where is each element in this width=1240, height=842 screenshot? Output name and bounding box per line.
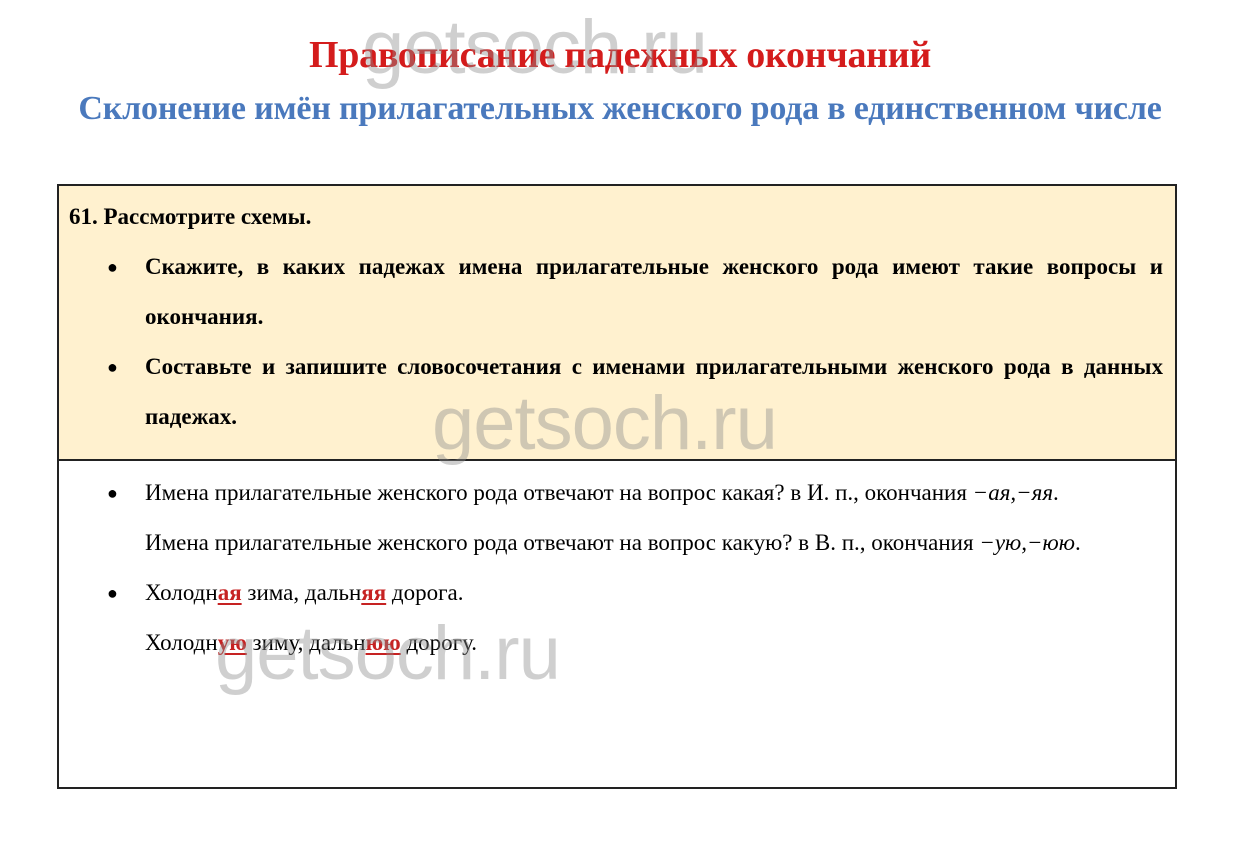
- highlighted-ending: яя: [361, 580, 386, 605]
- case-endings: −ая,−яя: [973, 480, 1053, 505]
- bullet-icon: ●: [107, 468, 118, 518]
- highlighted-ending: ая: [218, 580, 242, 605]
- bullet-icon: ●: [107, 242, 118, 292]
- page-title: Правописание падежных окончаний: [0, 30, 1240, 80]
- highlighted-ending: ую: [218, 630, 247, 655]
- task-heading: 61. Рассмотрите схемы.: [69, 200, 1163, 234]
- answer-text: Имена прилагательные женского рода отвеч…: [145, 480, 973, 505]
- phrase-text: дорогу.: [401, 630, 477, 655]
- answer-paragraph: Холодную зиму, дальнюю дорогу.: [69, 618, 1163, 668]
- answer-section: ● Имена прилагательные женского рода отв…: [59, 461, 1175, 787]
- answer-text: Имена прилагательные женского рода отвеч…: [145, 530, 979, 555]
- task-item: ● Составьте и запишите словосочетания с …: [69, 342, 1163, 442]
- answer-item: ● Холодная зима, дальняя дорога.: [69, 568, 1163, 618]
- answer-paragraph: Имена прилагательные женского рода отвеч…: [69, 518, 1163, 568]
- word-stem: Холодн: [145, 630, 218, 655]
- word-stem: Холодн: [145, 580, 218, 605]
- task-section: 61. Рассмотрите схемы. ● Скажите, в каки…: [59, 186, 1175, 461]
- answer-item: ● Имена прилагательные женского рода отв…: [69, 468, 1163, 518]
- phrase-text: зима, дальн: [242, 580, 362, 605]
- highlighted-ending: юю: [366, 630, 401, 655]
- phrase-text: зиму, дальн: [247, 630, 366, 655]
- exercise-table: 61. Рассмотрите схемы. ● Скажите, в каки…: [57, 184, 1177, 789]
- bullet-icon: ●: [107, 342, 118, 392]
- task-item-text: Составьте и запишите словосочетания с им…: [145, 354, 1163, 429]
- punctuation: .: [1053, 480, 1059, 505]
- task-item-text: Скажите, в каких падежах имена прилагате…: [145, 254, 1163, 329]
- case-endings: −ую,−юю: [979, 530, 1075, 555]
- task-list: ● Скажите, в каких падежах имена прилага…: [69, 242, 1163, 442]
- bullet-icon: ●: [107, 568, 118, 618]
- punctuation: .: [1075, 530, 1081, 555]
- phrase-text: дорога.: [386, 580, 463, 605]
- page-subtitle: Склонение имён прилагательных женского р…: [50, 84, 1190, 133]
- task-item: ● Скажите, в каких падежах имена прилага…: [69, 242, 1163, 342]
